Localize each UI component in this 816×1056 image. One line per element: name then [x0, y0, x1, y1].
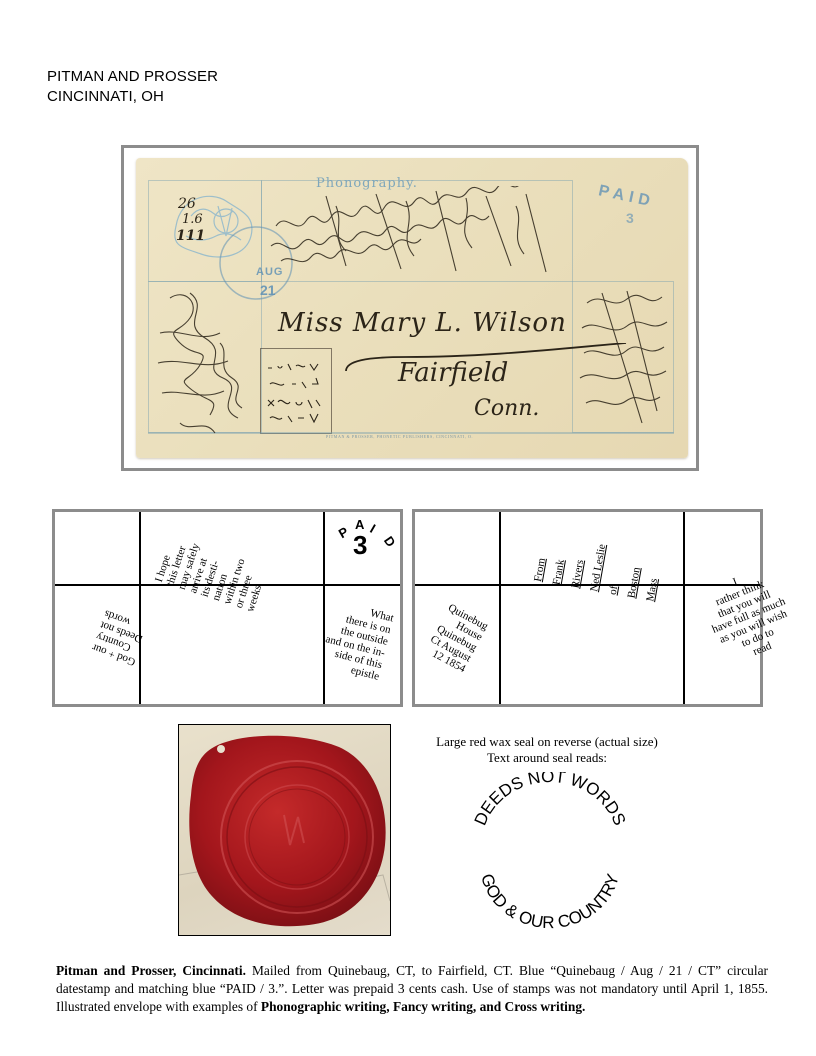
seal-motto-bottom: GOD & OUR COUNTRY [477, 871, 623, 932]
printed-imprint: PITMAN & PROSSER, PHONETIC PUBLISHERS, C… [326, 434, 473, 439]
docket-mark: 111 [176, 228, 205, 244]
address-line-2: Fairfield [398, 358, 508, 388]
page-header: PITMAN AND PROSSER CINCINNATI, OH [47, 67, 218, 107]
envelope-image-frame: Phonography. PITMAN & PROSSER, PHONETIC … [121, 145, 699, 471]
seal-caption-line-2: Text around seal reads: [412, 750, 682, 766]
header-title: PITMAN AND PROSSER [47, 67, 218, 87]
cross-writing [266, 186, 576, 281]
cell-bottom-left: God + our Country Deeds not words [55, 586, 139, 704]
cell-top-left [415, 512, 499, 584]
docket-mark: 1.6 [182, 212, 203, 227]
cell-bottom-right: What there is on the outside and on the … [325, 586, 403, 704]
address-line-1: Miss Mary L. Wilson [278, 308, 567, 338]
seal-motto-diagram: DEEDS NOT WORDS GOD & OUR COUNTRY [460, 772, 640, 932]
paid-handstamp: PAID [597, 182, 657, 211]
description-paragraph: Pitman and Prosser, Cincinnati. Mailed f… [56, 962, 768, 1016]
wax-seal-graphic [179, 725, 390, 935]
docket-mark: 26 [178, 196, 196, 212]
cell-bottom-left: Quinebug House Quinebug Ct August 12 185… [415, 586, 499, 704]
envelope-image: Phonography. PITMAN & PROSSER, PHONETIC … [136, 158, 688, 458]
transcription-table-left: I hope this letter may safely arrive at … [52, 509, 403, 707]
transcription-table-right: From Frank Rivers Ned Leslie of Boston M… [412, 509, 763, 707]
phonographic-shorthand [264, 356, 328, 430]
address-line-3: Conn. [474, 396, 539, 421]
paid-value: 3 [353, 530, 367, 561]
description-title: Pitman and Prosser, Cincinnati. [56, 963, 246, 978]
header-location: CINCINNATI, OH [47, 87, 218, 107]
cross-writing-left [150, 283, 260, 443]
cell-paid-stamp: P A I D 3 [325, 512, 403, 584]
description-emphasis: Phonographic writing, Fancy writing, and… [261, 999, 586, 1014]
cell-bottom-middle [501, 586, 683, 704]
seal-caption: Large red wax seal on reverse (actual si… [412, 734, 682, 766]
paid-rate-mark: 3 [626, 210, 634, 226]
cell-top-middle: I hope this letter may safely arrive at … [141, 512, 323, 584]
cell-bottom-right: I rather think that you will have full a… [685, 586, 763, 704]
datestamp-day: 21 [260, 282, 276, 298]
cell-bottom-middle [141, 586, 323, 704]
rotated-note: Quinebug House Quinebug Ct August 12 185… [409, 594, 490, 675]
cell-top-middle: From Frank Rivers Ned Leslie of Boston M… [501, 512, 683, 584]
seal-caption-line-1: Large red wax seal on reverse (actual si… [412, 734, 682, 750]
seal-motto-top: DEEDS NOT WORDS [471, 772, 630, 828]
wax-seal-image [178, 724, 391, 936]
